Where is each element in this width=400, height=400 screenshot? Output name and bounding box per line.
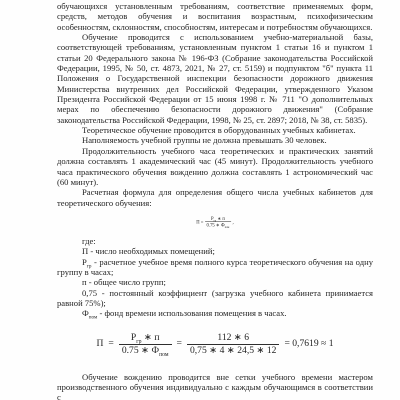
paragraph-lesson-duration: Продолжительность учебного часа теоретич… bbox=[57, 146, 373, 187]
where-label: где: bbox=[57, 236, 373, 246]
definition-text: - расчетное учебное время полного курса … bbox=[57, 257, 373, 277]
definition-item-075: 0,75 - постоянный коэффициент (загрузка … bbox=[57, 288, 373, 309]
definition-text: - постоянный коэффициент (загрузка учебн… bbox=[57, 288, 373, 308]
definition-symbol: Ф bbox=[82, 308, 89, 318]
subscript-pom: пом bbox=[225, 226, 230, 229]
definition-item-P: П - число необходимых помещений; bbox=[57, 246, 373, 256]
definition-item-n: п - общее число групп; bbox=[57, 277, 373, 287]
definition-text: - фонд времени использования помещения в… bbox=[97, 308, 286, 318]
equals-sign: = bbox=[177, 339, 182, 349]
numerator: 112 ∗ 6 bbox=[214, 333, 252, 344]
formula-lhs: П bbox=[96, 339, 103, 349]
coefficient-phi: 0.75 ∗ Ф bbox=[207, 223, 225, 228]
formula-small-inner: П = Ргр ∗ п 0.75 ∗ Фпом , bbox=[196, 216, 233, 228]
numerator: Ргр ∗ п bbox=[128, 333, 163, 344]
formula-lhs: П = bbox=[196, 219, 203, 224]
paragraph-theoretical-training: Теоретическое обучение проводится в обор… bbox=[57, 125, 373, 135]
denominator: 0,75 ∗ 4 ∗ 24,5 ∗ 12 bbox=[187, 344, 279, 356]
formula-result: = 0,7619 ≈ 1 bbox=[284, 339, 333, 349]
text-block: обучающихся установленным требованиям, с… bbox=[57, 1, 373, 400]
paragraph-requirements-continuation: обучающихся установленным требованиям, с… bbox=[57, 1, 373, 32]
paragraph-training-base: Обучение проводится с использованием уче… bbox=[57, 32, 373, 125]
paragraph-formula-intro: Расчетная формула для определения общего… bbox=[57, 187, 373, 208]
definition-text: - число необходимых помещений; bbox=[88, 246, 215, 256]
paragraph-driving-training: Обучение вождению проводится вне сетки у… bbox=[57, 372, 373, 400]
fraction: Ргр ∗ п 0.75 ∗ Фпом bbox=[205, 216, 231, 228]
fraction-numeric: 112 ∗ 6 0,75 ∗ 4 ∗ 24,5 ∗ 12 bbox=[187, 333, 279, 357]
formula-tail-comma: , bbox=[233, 219, 234, 224]
formula-big: П = Ргр ∗ п 0.75 ∗ Фпом = 112 ∗ 6 0,75 ∗… bbox=[57, 328, 373, 362]
times-n: ∗ п bbox=[216, 216, 225, 221]
definition-symbol: 0,75 bbox=[82, 288, 97, 298]
document-page: обучающихся установленным требованиям, с… bbox=[0, 0, 400, 400]
denominator: 0.75 ∗ Фпом bbox=[205, 222, 231, 228]
coefficient-phi: 0.75 ∗ Ф bbox=[122, 345, 159, 356]
definition-item-Fpom: Фпом - фонд времени использования помеще… bbox=[57, 308, 373, 318]
paragraph-group-size: Наполняемость учебной группы не должна п… bbox=[57, 135, 373, 145]
formula-small: П = Ргр ∗ п 0.75 ∗ Фпом , bbox=[57, 210, 373, 234]
definition-text: - общее число групп; bbox=[87, 277, 166, 287]
equals-sign: = bbox=[108, 339, 113, 349]
fraction-symbolic: Ргр ∗ п 0.75 ∗ Фпом bbox=[119, 333, 172, 357]
subscript-pom: пом bbox=[159, 352, 168, 358]
times-n: ∗ п bbox=[141, 332, 159, 343]
definition-item-Pgr: Ргр - расчетное учебное время полного ку… bbox=[57, 257, 373, 278]
denominator: 0.75 ∗ Фпом bbox=[119, 344, 172, 356]
